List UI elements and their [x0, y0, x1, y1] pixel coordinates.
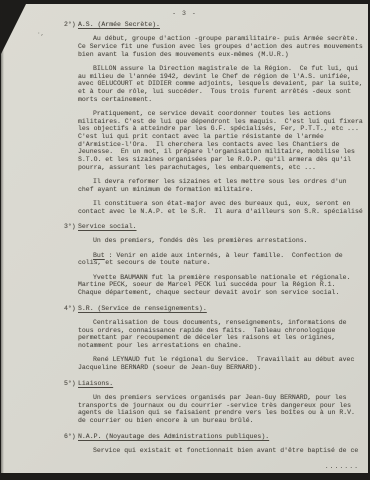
section-number: 2°) [64, 21, 78, 29]
scan-edge-shadow [1, 4, 4, 473]
section-as: 2°)A.S. (Armée Secrète). Au début, group… [64, 21, 364, 215]
section-number: 4°) [64, 305, 78, 313]
paragraph: Yvette BAUMANN fut la première responsab… [78, 274, 364, 297]
section-title: Liaisons. [78, 380, 113, 387]
paragraph: Il constituera son état-major avec des b… [78, 200, 364, 215]
section-liaisons: 5°)Liaisons. Un des premiers services or… [64, 380, 364, 425]
section-heading: 6°)N.A.P. (Noyautage des Administrations… [64, 433, 364, 441]
document-body: 2°)A.S. (Armée Secrète). Au début, group… [64, 21, 364, 455]
section-nap: 6°)N.A.P. (Noyautage des Administrations… [64, 433, 364, 455]
scan-corner-cut [1, 4, 26, 54]
paragraph: Service qui existait et fonctionnait bie… [78, 447, 364, 455]
section-service-social: 3°)Service social. Un des premiers, fond… [64, 223, 364, 296]
paragraph: Pratiquement, ce service devait coordonn… [78, 110, 364, 172]
section-number: 3°) [64, 223, 78, 231]
but-text: : Venir en aide aux internés, à leur fam… [78, 252, 347, 267]
paper-sheet: ·, - 3 - 2°)A.S. (Armée Secrète). Au déb… [1, 4, 368, 473]
continuation-dots: ....... [325, 463, 359, 470]
paragraph: Un des premiers services organisés par J… [78, 394, 364, 425]
section-title: Service social. [78, 223, 137, 230]
scan-speck: ·, [37, 30, 44, 37]
section-title: N.A.P. (Noyautage des Administrations pu… [78, 433, 269, 440]
section-number: 5°) [64, 380, 78, 388]
paragraph: René LEYNAUD fut le régional du Service.… [78, 356, 364, 371]
paragraph: BILLON assure la Direction magistrale de… [78, 65, 364, 104]
but-label: But [93, 252, 105, 259]
section-heading: 5°)Liaisons. [64, 380, 364, 388]
paragraph: Au début, groupe d'action -groupe parami… [78, 35, 364, 58]
section-heading: 3°)Service social. [64, 223, 364, 231]
paragraph: Il devra reformer les sizaines et les me… [78, 178, 364, 193]
scanned-document-page: ·, - 3 - 2°)A.S. (Armée Secrète). Au déb… [0, 0, 370, 480]
page-number: - 3 - [1, 10, 368, 17]
paragraph: Un des premiers, fondés dès les première… [78, 237, 364, 245]
section-heading: 2°)A.S. (Armée Secrète). [64, 21, 364, 29]
paragraph: Centralisation de tous documents, rensei… [78, 319, 364, 350]
section-title: S.R. (Service de renseignements). [78, 305, 207, 312]
section-title: A.S. (Armée Secrète). [78, 21, 160, 28]
section-heading: 4°)S.R. (Service de renseignements). [64, 305, 364, 313]
paragraph-but: But : Venir en aide aux internés, à leur… [78, 252, 364, 267]
section-number: 6°) [64, 433, 78, 441]
section-sr: 4°)S.R. (Service de renseignements). Cen… [64, 305, 364, 372]
